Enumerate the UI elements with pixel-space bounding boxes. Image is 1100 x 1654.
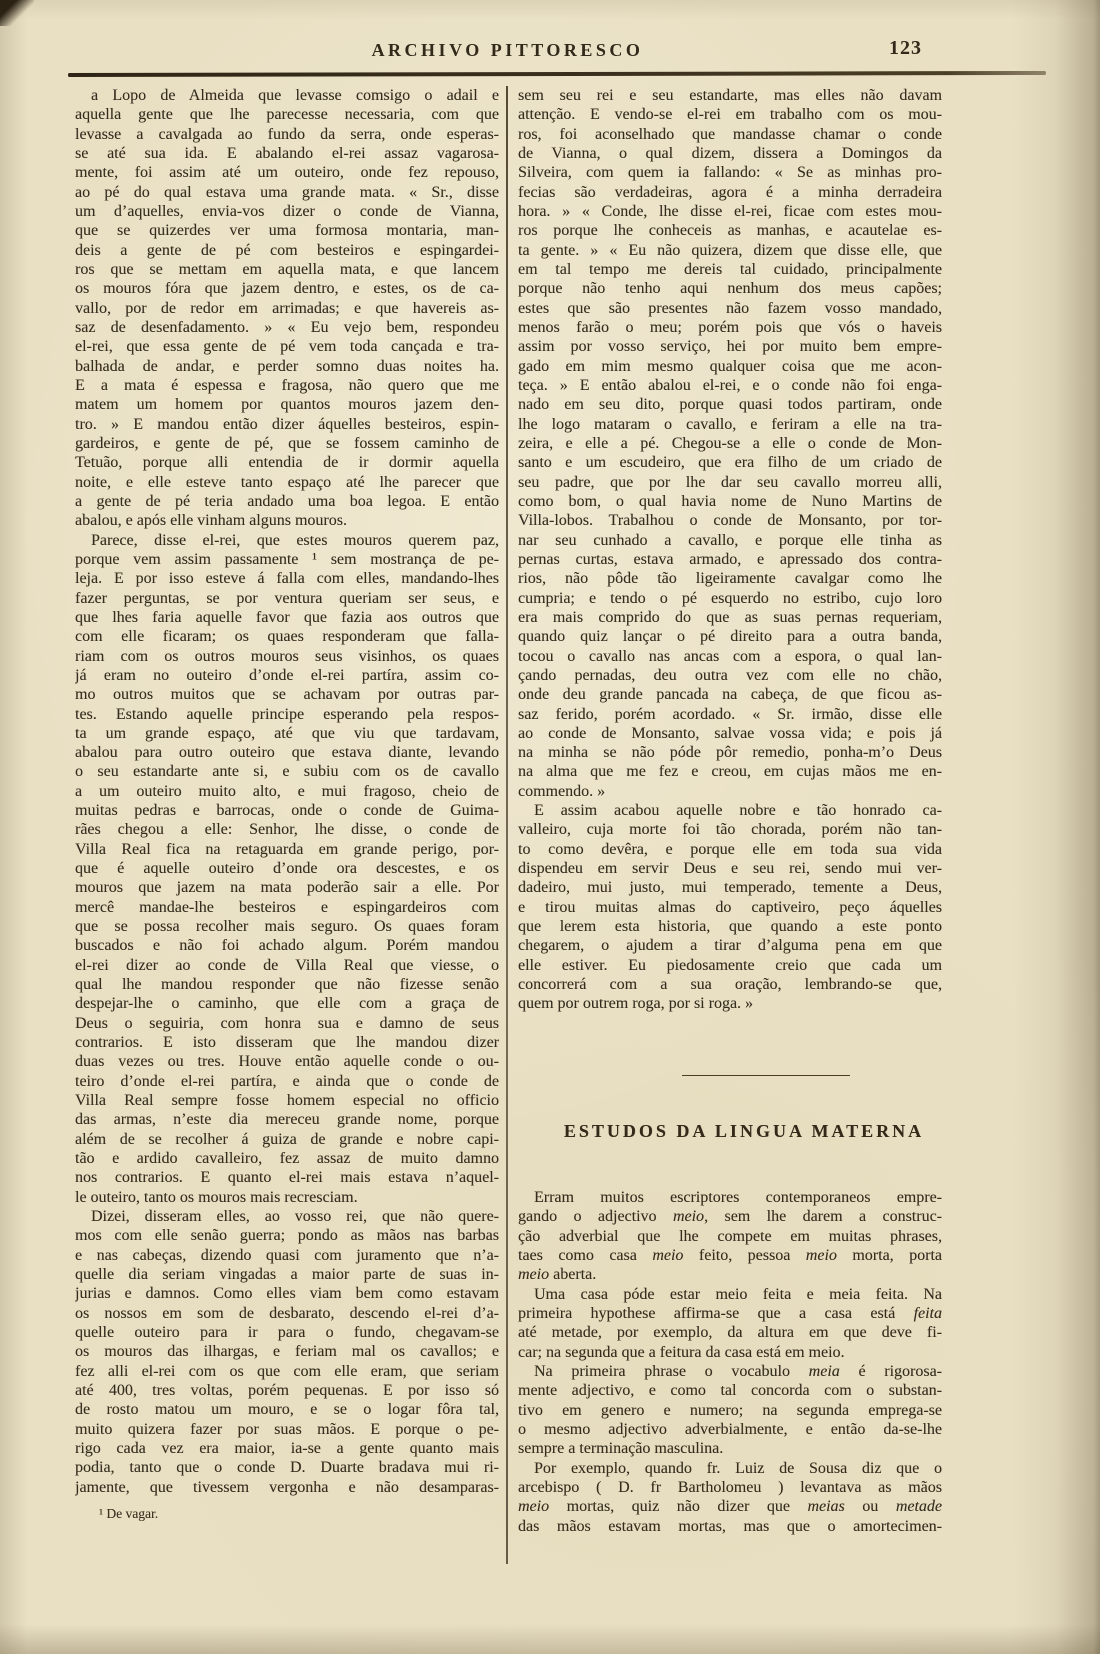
text-line: de Vianna, o qual dizem, dissera a Domin… bbox=[518, 144, 942, 163]
text-line: lhe logo mataram o cavallo, e feriram a … bbox=[518, 415, 942, 434]
text-line: Dizei, disseram elles, ao vosso rei, que… bbox=[75, 1207, 499, 1226]
text-line: como bom, o qual havia nome de Nuno Mart… bbox=[518, 492, 942, 511]
text-line: Na primeira phrase o vocabulo meia é rig… bbox=[518, 1362, 942, 1381]
text-line: tro. » E mandou então dizer áquelles bes… bbox=[75, 415, 499, 434]
text-line: gado em mim mesmo qualquer coisa que me … bbox=[518, 357, 942, 376]
text-line: com elle ficaram; os quaes responderam q… bbox=[75, 627, 499, 646]
text-line: onde deu grande pancada na cabeça, de qu… bbox=[518, 685, 942, 704]
text-line: chegarem, o ajudem a tirar d’alguma pena… bbox=[518, 936, 942, 955]
text-line: fez alli el-rei com os que com elle eram… bbox=[75, 1362, 499, 1381]
text-line: os nossos em som de desbarato, descendo … bbox=[75, 1304, 499, 1323]
text-line: nos contrarios. E quanto el-rei mais est… bbox=[75, 1168, 499, 1187]
text-line: e nas cabeças, dizendo quasi com juramen… bbox=[75, 1246, 499, 1265]
text-line: assim por vosso serviço, hei por muito b… bbox=[518, 337, 942, 356]
text-line: pernas curtas, estava armado, e apressad… bbox=[518, 550, 942, 569]
text-line: se até sua ida. E abalando el-rei assaz … bbox=[75, 144, 499, 163]
article-1-text: sem seu rei e seu estandarte, mas elles … bbox=[518, 86, 942, 1014]
text-line: mos com elle senão guerra; pondo as mãos… bbox=[75, 1226, 499, 1245]
text-line: ao pé do qual estava uma grande mata. « … bbox=[75, 183, 499, 202]
text-line: Parece, disse el-rei, que estes mouros q… bbox=[75, 531, 499, 550]
text-line: Villa Real sempre fosse homem especial n… bbox=[75, 1091, 499, 1110]
text-line: el-rei, que essa gente de pé vem toda ca… bbox=[75, 337, 499, 356]
text-line: ao conde de Monsanto, salvae vossa vida;… bbox=[518, 724, 942, 743]
running-head-title: ARCHIVO PITTORESCO bbox=[75, 40, 940, 61]
text-line: quem por outrem roga, por si roga. » bbox=[518, 994, 942, 1013]
text-line: deis a gente de pé com besteiros e espin… bbox=[75, 241, 499, 260]
text-line: cumpria; e tendo o pé esquerdo no estrib… bbox=[518, 589, 942, 608]
text-line: das mãos estavam mortas, mas que o amort… bbox=[518, 1517, 942, 1536]
footnote: ¹ De vagar. bbox=[75, 1506, 499, 1522]
text-line: taes como casa meio feito, pessoa meio m… bbox=[518, 1246, 942, 1265]
text-line: até 400, tres voltas, porém pequenas. E … bbox=[75, 1381, 499, 1400]
text-line: dadeiro, mui justo, mui temperado, temen… bbox=[518, 878, 942, 897]
text-line: arcebispo ( D. fr Bartholomeu ) levantav… bbox=[518, 1478, 942, 1497]
text-line: que lerem esta historia, que quando a es… bbox=[518, 917, 942, 936]
header-rule bbox=[68, 71, 1046, 77]
text-line: teiro d’onde el-rei partíra, e ainda que… bbox=[75, 1072, 499, 1091]
text-line: que se quizerdes ver uma formosa montari… bbox=[75, 221, 499, 240]
text-line: os mouros das ilhargas, e feriam mal os … bbox=[75, 1342, 499, 1361]
text-line: Tetuão, porque alli entendia de ir dormi… bbox=[75, 453, 499, 472]
text-line: os mouros fóra que jazem dentro, e estes… bbox=[75, 279, 499, 298]
text-line: em tal tempo me dereis tal cuidado, prin… bbox=[518, 260, 942, 279]
text-line: rães chegou a elle: Senhor, lhe disse, o… bbox=[75, 820, 499, 839]
text-line: seu padre, que por lhe dar seu cavallo m… bbox=[518, 473, 942, 492]
text-line: era mais comprido do que as suas pernas … bbox=[518, 608, 942, 627]
text-line: duas vezes ou tres. Houve então aquelle … bbox=[75, 1052, 499, 1071]
text-line: meio aberta. bbox=[518, 1265, 942, 1284]
paragraph: Na primeira phrase o vocabulo meia é rig… bbox=[518, 1362, 942, 1459]
text-line: riam com os outros mouros seus visinhos,… bbox=[75, 647, 499, 666]
text-line: que se possa recolher mais seguro. Os qu… bbox=[75, 917, 499, 936]
article-2-heading: ESTUDOS DA LINGUA MATERNA bbox=[532, 1122, 956, 1141]
text-line: abalou para outro outeiro que estava dia… bbox=[75, 743, 499, 762]
text-line: mente, foi assim até um outeiro, onde fe… bbox=[75, 163, 499, 182]
text-line: el-rei dizer ao conde de Villa Real que … bbox=[75, 956, 499, 975]
paragraph: Dizei, disseram elles, ao vosso rei, que… bbox=[75, 1207, 499, 1497]
text-line: além de se recolher á guiza de grande e … bbox=[75, 1130, 499, 1149]
article-2-text: Erram muitos escriptores contemporaneos … bbox=[518, 1188, 942, 1536]
text-line: ros porque lhe conheceis as manhas, e ac… bbox=[518, 221, 942, 240]
left-column-text: a Lopo de Almeida que levasse comsigo o … bbox=[75, 86, 499, 1497]
text-line: quelle dia seriam vingadas a maior parte… bbox=[75, 1265, 499, 1284]
text-line: contrarios. E isto disseram que lhe mand… bbox=[75, 1033, 499, 1052]
text-line: menos farão o meu; porém pois que vós o … bbox=[518, 318, 942, 337]
paragraph: Parece, disse el-rei, que estes mouros q… bbox=[75, 531, 499, 1207]
text-line: fazer perguntas, se por ventura queriam … bbox=[75, 589, 499, 608]
text-line: quando quiz lançar o pé direito para a o… bbox=[518, 627, 942, 646]
text-line: levasse a cavalgada ao fundo da serra, o… bbox=[75, 125, 499, 144]
text-line: aquella gente que lhe parecesse necessar… bbox=[75, 105, 499, 124]
text-line: muito quizera fazer por suas mãos. E por… bbox=[75, 1420, 499, 1439]
text-line: ção adverbial que lhe compete em muitas … bbox=[518, 1227, 942, 1246]
text-line: valleiro, cuja morte foi tão chorada, po… bbox=[518, 820, 942, 839]
scan-corner-shadow bbox=[0, 0, 34, 26]
text-line: fecias são verdadeiras, agora é a minha … bbox=[518, 183, 942, 202]
text-line: até metade, por exemplo, da altura em qu… bbox=[518, 1323, 942, 1342]
right-column: sem seu rei e seu estandarte, mas elles … bbox=[518, 86, 942, 1536]
text-line: vallo, por de redor em arrimadas; e que … bbox=[75, 299, 499, 318]
scanned-page: ARCHIVO PITTORESCO 123 a Lopo de Almeida… bbox=[0, 0, 1100, 1654]
text-line: E a mata é espessa e fragosa, não quero … bbox=[75, 376, 499, 395]
text-line: e tirou muitas almas do captiveiro, peço… bbox=[518, 898, 942, 917]
text-line: abalou, e após elle vinham alguns mouros… bbox=[75, 511, 499, 530]
text-line: nado em seu dito, porque quasi todos par… bbox=[518, 395, 942, 414]
text-line: muitas pedras e barrocas, onde o conde d… bbox=[75, 801, 499, 820]
page-number: 123 bbox=[852, 37, 922, 60]
text-line: noite, e elle esteve tanto espaço até lh… bbox=[75, 473, 499, 492]
text-line: primeira hypothese affirma-se que a casa… bbox=[518, 1304, 942, 1323]
text-line: sem seu rei e seu estandarte, mas elles … bbox=[518, 86, 942, 105]
text-line: santo e um escudeiro, que era filho de u… bbox=[518, 453, 942, 472]
text-line: çando pernadas, deu outra vez com elle n… bbox=[518, 666, 942, 685]
text-line: meio mortas, quiz não dizer que meias ou… bbox=[518, 1497, 942, 1516]
text-line: podia, tanto que o conde D. Duarte brada… bbox=[75, 1458, 499, 1477]
text-line: das armas, n’este dia mereceu grande nom… bbox=[75, 1110, 499, 1129]
text-line: qual lhe mandou responder que não fizess… bbox=[75, 975, 499, 994]
text-line: Por exemplo, quando fr. Luiz de Sousa di… bbox=[518, 1459, 942, 1478]
text-line: ros, foi aconselhado que mandasse chamar… bbox=[518, 125, 942, 144]
text-line: mouros que jazem na mata poderão sair a … bbox=[75, 878, 499, 897]
text-line: a gente de pé teria andado uma boa legoa… bbox=[75, 492, 499, 511]
text-line: porque não tenho aqui nenhum dos meus ca… bbox=[518, 279, 942, 298]
text-line: de rosto matou um mouro, e se o logar fô… bbox=[75, 1400, 499, 1419]
text-line: o seu estandarte ante si, e subiu com os… bbox=[75, 762, 499, 781]
text-line: na minha se não póde pôr remedio, ponha-… bbox=[518, 743, 942, 762]
text-line: leja. E por isso esteve á falla com elle… bbox=[75, 569, 499, 588]
text-line: elle estiver. Eu piedosamente creio que … bbox=[518, 956, 942, 975]
text-line: rigo cada vez era maior, ia-se a gente q… bbox=[75, 1439, 499, 1458]
paragraph: a Lopo de Almeida que levasse comsigo o … bbox=[75, 86, 499, 531]
text-line: buscados e não foi achado algum. Porém m… bbox=[75, 936, 499, 955]
text-line: Uma casa póde estar meio feita e meia fe… bbox=[518, 1285, 942, 1304]
paragraph: sem seu rei e seu estandarte, mas elles … bbox=[518, 86, 942, 801]
text-line: rios, não pôde tão ligeiramente cavalgar… bbox=[518, 569, 942, 588]
text-line: ta um grande espaço, até que viu que tar… bbox=[75, 724, 499, 743]
text-line: a um outeiro muito alto, e mui fragoso, … bbox=[75, 782, 499, 801]
text-line: Villa-lobos. Trabalhou o conde de Monsan… bbox=[518, 511, 942, 530]
text-line: matem um homem por quantos mouros jazem … bbox=[75, 395, 499, 414]
text-line: Deus o seguiria, com honra sua e damno d… bbox=[75, 1014, 499, 1033]
text-line: commendo. » bbox=[518, 782, 942, 801]
text-line: a Lopo de Almeida que levasse comsigo o … bbox=[75, 86, 499, 105]
text-line: Villa Real fica na retaguarda em grande … bbox=[75, 840, 499, 859]
text-line: o mesmo adjectivo adverbialmente, e entã… bbox=[518, 1420, 942, 1439]
paragraph: E assim acabou aquelle nobre e tão honra… bbox=[518, 801, 942, 1014]
text-line: le outeiro, tanto os mouros mais recresc… bbox=[75, 1188, 499, 1207]
left-column: a Lopo de Almeida que levasse comsigo o … bbox=[75, 86, 499, 1522]
text-line: na alma que me fez e creou, em cujas mão… bbox=[518, 762, 942, 781]
text-line: que é aquelle outeiro d’onde ora descest… bbox=[75, 859, 499, 878]
text-line: tocou o cavallo nas ancas com a espora, … bbox=[518, 647, 942, 666]
text-line: dispendeu em servir Deus e seu rei, send… bbox=[518, 859, 942, 878]
text-line: jurias e damnos. Como elles viam bem com… bbox=[75, 1284, 499, 1303]
text-line: gando o adjectivo meio, sem lhe darem a … bbox=[518, 1207, 942, 1226]
text-line: um d’aquelles, envia-vos dizer o conde d… bbox=[75, 202, 499, 221]
text-line: mente adjectivo, e como tal concorda com… bbox=[518, 1381, 942, 1400]
text-line: porque vem assim passamente ¹ sem mostra… bbox=[75, 550, 499, 569]
text-line: saz ferido, porém acordado. « Sr. irmão,… bbox=[518, 705, 942, 724]
text-line: sempre a terminação masculina. bbox=[518, 1439, 942, 1458]
text-line: attenção. E vendo-se el-rei em trabalho … bbox=[518, 105, 942, 124]
text-line: balhada de andar, e perder somno duas no… bbox=[75, 357, 499, 376]
paragraph: Uma casa póde estar meio feita e meia fe… bbox=[518, 1285, 942, 1362]
text-line: gardeiros, e gente de pé, que se fossem … bbox=[75, 434, 499, 453]
text-line: saz de desenfadamento. » « Eu vejo bem, … bbox=[75, 318, 499, 337]
text-line: tão e ardido cavalleiro, fez assaz de mu… bbox=[75, 1149, 499, 1168]
text-line: E assim acabou aquelle nobre e tão honra… bbox=[518, 801, 942, 820]
text-line: que lhes faria aquelle favor que fazia a… bbox=[75, 608, 499, 627]
text-line: nar seu cunhado a cavallo, e porque elle… bbox=[518, 531, 942, 550]
text-line: estes que são presentes não fazem vosso … bbox=[518, 299, 942, 318]
text-line: mercê mandae-lhe besteiros e espingardei… bbox=[75, 898, 499, 917]
text-line: teça. » E então abalou el-rei, e o conde… bbox=[518, 376, 942, 395]
text-line: car; na segunda que a feitura da casa es… bbox=[518, 1343, 942, 1362]
text-line: zeira, e elle a pé. Chegou-se a elle o c… bbox=[518, 434, 942, 453]
text-line: Silveira, com quem ia fallando: « Se as … bbox=[518, 163, 942, 182]
paragraph: Por exemplo, quando fr. Luiz de Sousa di… bbox=[518, 1459, 942, 1536]
text-line: ta gente. » « Eu não quizera, dizem que … bbox=[518, 241, 942, 260]
text-line: já eram no outeiro d’onde el-rei partíra… bbox=[75, 666, 499, 685]
column-divider-rule bbox=[506, 86, 508, 1564]
text-line: despejar-lhe o caminho, que elle com a g… bbox=[75, 994, 499, 1013]
text-line: tivo em genero e numero; na segunda empr… bbox=[518, 1401, 942, 1420]
article-separator-rule bbox=[682, 1075, 850, 1076]
text-line: tes. Estando aquelle principe esperando … bbox=[75, 705, 499, 724]
text-line: ros que se mettam em aquella mata, e que… bbox=[75, 260, 499, 279]
text-line: mo outros muitos que se achavam por outr… bbox=[75, 685, 499, 704]
paragraph: Erram muitos escriptores contemporaneos … bbox=[518, 1188, 942, 1285]
text-line: quelle outeiro para ir para o fundo, che… bbox=[75, 1323, 499, 1342]
text-line: hora. » « Conde, lhe disse el-rei, ficae… bbox=[518, 202, 942, 221]
text-line: concorrerá com a sua oração, lembrando-s… bbox=[518, 975, 942, 994]
text-line: Erram muitos escriptores contemporaneos … bbox=[518, 1188, 942, 1207]
text-line: jamente, que tivessem vergonha e não des… bbox=[75, 1478, 499, 1497]
text-line: to como devêra, e porque elle em toda su… bbox=[518, 840, 942, 859]
